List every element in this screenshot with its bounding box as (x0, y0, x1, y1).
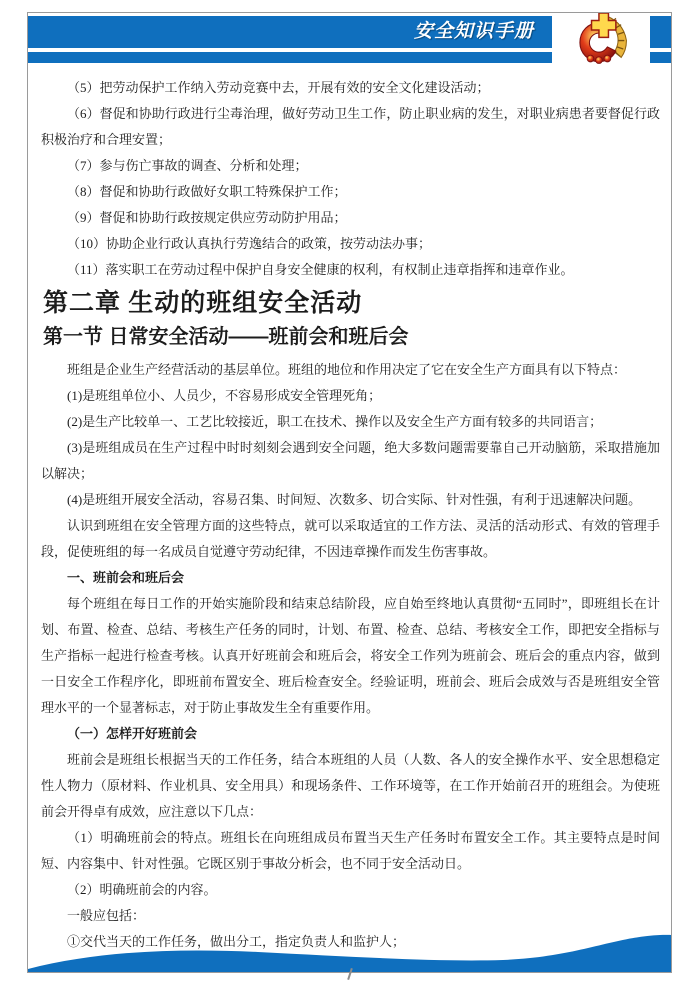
feature-item-3: (3)是班组成员在生产过程中时时刻刻会遇到安全问题，绝大多数问题需要靠自己开动脑… (41, 435, 660, 487)
header-rule (28, 52, 552, 63)
premeeting-paragraph: 班前会是班组长根据当天的工作任务，结合本班组的人员（人数、各人的安全操作水平、安… (41, 747, 660, 825)
document-body: （5）把劳动保护工作纳入劳动竞赛中去，开展有效的安全文化建设活动； （6）督促和… (41, 75, 660, 955)
work-safety-emblem-icon (560, 12, 640, 67)
duty-item-6: （6）督促和协助行政进行尘毒治理，做好劳动卫生工作，防止职业病的发生，对职业病患… (41, 101, 660, 153)
duty-item-10: （10）协助企业行政认真执行劳逸结合的政策，按劳动法办事； (41, 231, 660, 257)
point-1-paragraph: （1）明确班前会的特点。班组长在向班组成员布置当天生产任务时布置安全工作。其主要… (41, 825, 660, 877)
duty-item-11: （11）落实职工在劳动过程中保护自身安全健康的权利，有权制止违章指挥和违章作业。 (41, 257, 660, 283)
duty-item-5: （5）把劳动保护工作纳入劳动竞赛中去，开展有效的安全文化建设活动； (41, 75, 660, 101)
duty-item-9: （9）督促和协助行政按规定供应劳动防护用品； (41, 205, 660, 231)
header-bar-right-segment (650, 16, 672, 48)
meetings-paragraph: 每个班组在每日工作的开始实施阶段和结束总结阶段，应自始至终地认真贯彻“五同时”，… (41, 591, 660, 721)
header-bar: 安全知识手册 (28, 16, 552, 48)
subheading-premeeting: （一）怎样开好班前会 (41, 721, 660, 747)
intro-paragraph: 班组是企业生产经营活动的基层单位。班组的地位和作用决定了它在安全生产方面具有以下… (41, 357, 660, 383)
feature-item-4: (4)是班组开展安全活动，容易召集、时间短、次数多、切合实际、针对性强，有利于迅… (41, 487, 660, 513)
chapter-heading: 第二章 生动的班组安全活动 (43, 287, 660, 321)
feature-item-2: (2)是生产比较单一、工艺比较接近，职工在技术、操作以及安全生产方面有较多的共同… (41, 409, 660, 435)
footer-wave (28, 926, 672, 972)
duty-item-8: （8）督促和协助行政做好女职工特殊保护工作； (41, 179, 660, 205)
point-2-paragraph: （2）明确班前会的内容。 (41, 877, 660, 903)
summary-paragraph: 认识到班组在安全管理方面的这些特点，就可以采取适宜的工作方法、灵活的活动形式、有… (41, 513, 660, 565)
handbook-page: 安全知识手册 （5）把劳动保护工作纳入劳动竞赛中去，开展有效的安全文化建设活动；… (27, 12, 672, 973)
header-rule-right-segment (650, 52, 672, 63)
duty-item-7: （7）参与伤亡事故的调查、分析和处理； (41, 153, 660, 179)
section-heading: 第一节 日常安全活动——班前会和班后会 (43, 323, 660, 351)
handbook-title: 安全知识手册 (414, 16, 534, 48)
subheading-meetings: 一、班前会和班后会 (41, 565, 660, 591)
feature-item-1: (1)是班组单位小、人员少，不容易形成安全管理死角； (41, 383, 660, 409)
